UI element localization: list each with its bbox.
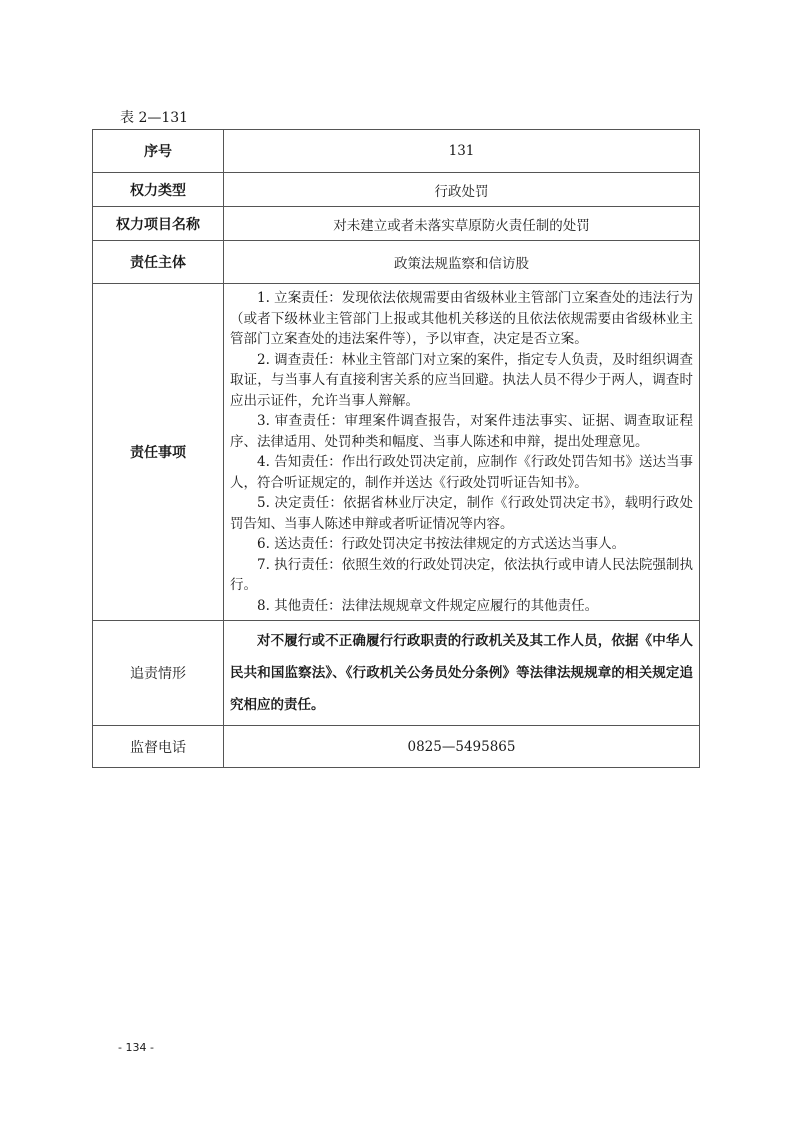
row-label-phone: 监督电话 (93, 726, 224, 768)
responsibility-item: 8. 其他责任：法律法规规章文件规定应履行的其他责任。 (230, 596, 693, 617)
row-value-subject: 政策法规监察和信访股 (224, 241, 700, 284)
row-label-power-type: 权力类型 (93, 173, 224, 207)
table-row: 权力类型 行政处罚 (93, 173, 700, 207)
row-value-phone: 0825—5495865 (224, 726, 700, 768)
row-label-item-name: 权力项目名称 (93, 207, 224, 241)
responsibility-item: 7. 执行责任：依照生效的行政处罚决定，依法执行或申请人民法院强制执行。 (230, 555, 693, 596)
page-number: - 134 - (118, 1041, 154, 1054)
accountability-text: 对不履行或不正确履行行政职责的行政机关及其工作人员，依据《中华人民共和国监察法》… (230, 625, 693, 721)
responsibility-item: 5. 决定责任：依据省林业厅决定，制作《行政处罚决定书》，载明行政处罚告知、当事… (230, 493, 693, 534)
responsibility-item: 2. 调查责任：林业主管部门对立案的案件，指定专人负责，及时组织调查取证，与当事… (230, 350, 693, 412)
table-row: 追责情形 对不履行或不正确履行行政职责的行政机关及其工作人员，依据《中华人民共和… (93, 621, 700, 726)
row-label-subject: 责任主体 (93, 241, 224, 284)
responsibility-item: 1. 立案责任：发现依法依规需要由省级林业主管部门立案查处的违法行为（或者下级林… (230, 288, 693, 350)
table-row: 责任事项 1. 立案责任：发现依法依规需要由省级林业主管部门立案查处的违法行为（… (93, 284, 700, 621)
row-value-power-type: 行政处罚 (224, 173, 700, 207)
row-label-serial: 序号 (93, 130, 224, 173)
table-row: 责任主体 政策法规监察和信访股 (93, 241, 700, 284)
table-caption: 表 2—131 (120, 107, 188, 127)
responsibility-table: 序号 131 权力类型 行政处罚 权力项目名称 对未建立或者未落实草原防火责任制… (92, 129, 700, 768)
responsibilities-list: 1. 立案责任：发现依法依规需要由省级林业主管部门立案查处的违法行为（或者下级林… (224, 284, 700, 621)
row-value-item-name: 对未建立或者未落实草原防火责任制的处罚 (224, 207, 700, 241)
table-row: 监督电话 0825—5495865 (93, 726, 700, 768)
responsibility-item: 6. 送达责任：行政处罚决定书按法律规定的方式送达当事人。 (230, 534, 693, 555)
row-label-responsibilities: 责任事项 (93, 284, 224, 621)
row-label-accountability: 追责情形 (93, 621, 224, 726)
row-value-serial: 131 (224, 130, 700, 173)
responsibility-item: 3. 审查责任：审理案件调查报告，对案件违法事实、证据、调查取证程序、法律适用、… (230, 411, 693, 452)
table-row: 序号 131 (93, 130, 700, 173)
table-row: 权力项目名称 对未建立或者未落实草原防火责任制的处罚 (93, 207, 700, 241)
responsibility-item: 4. 告知责任：作出行政处罚决定前，应制作《行政处罚告知书》送达当事人，符合听证… (230, 452, 693, 493)
accountability-text-cell: 对不履行或不正确履行行政职责的行政机关及其工作人员，依据《中华人民共和国监察法》… (224, 621, 700, 726)
